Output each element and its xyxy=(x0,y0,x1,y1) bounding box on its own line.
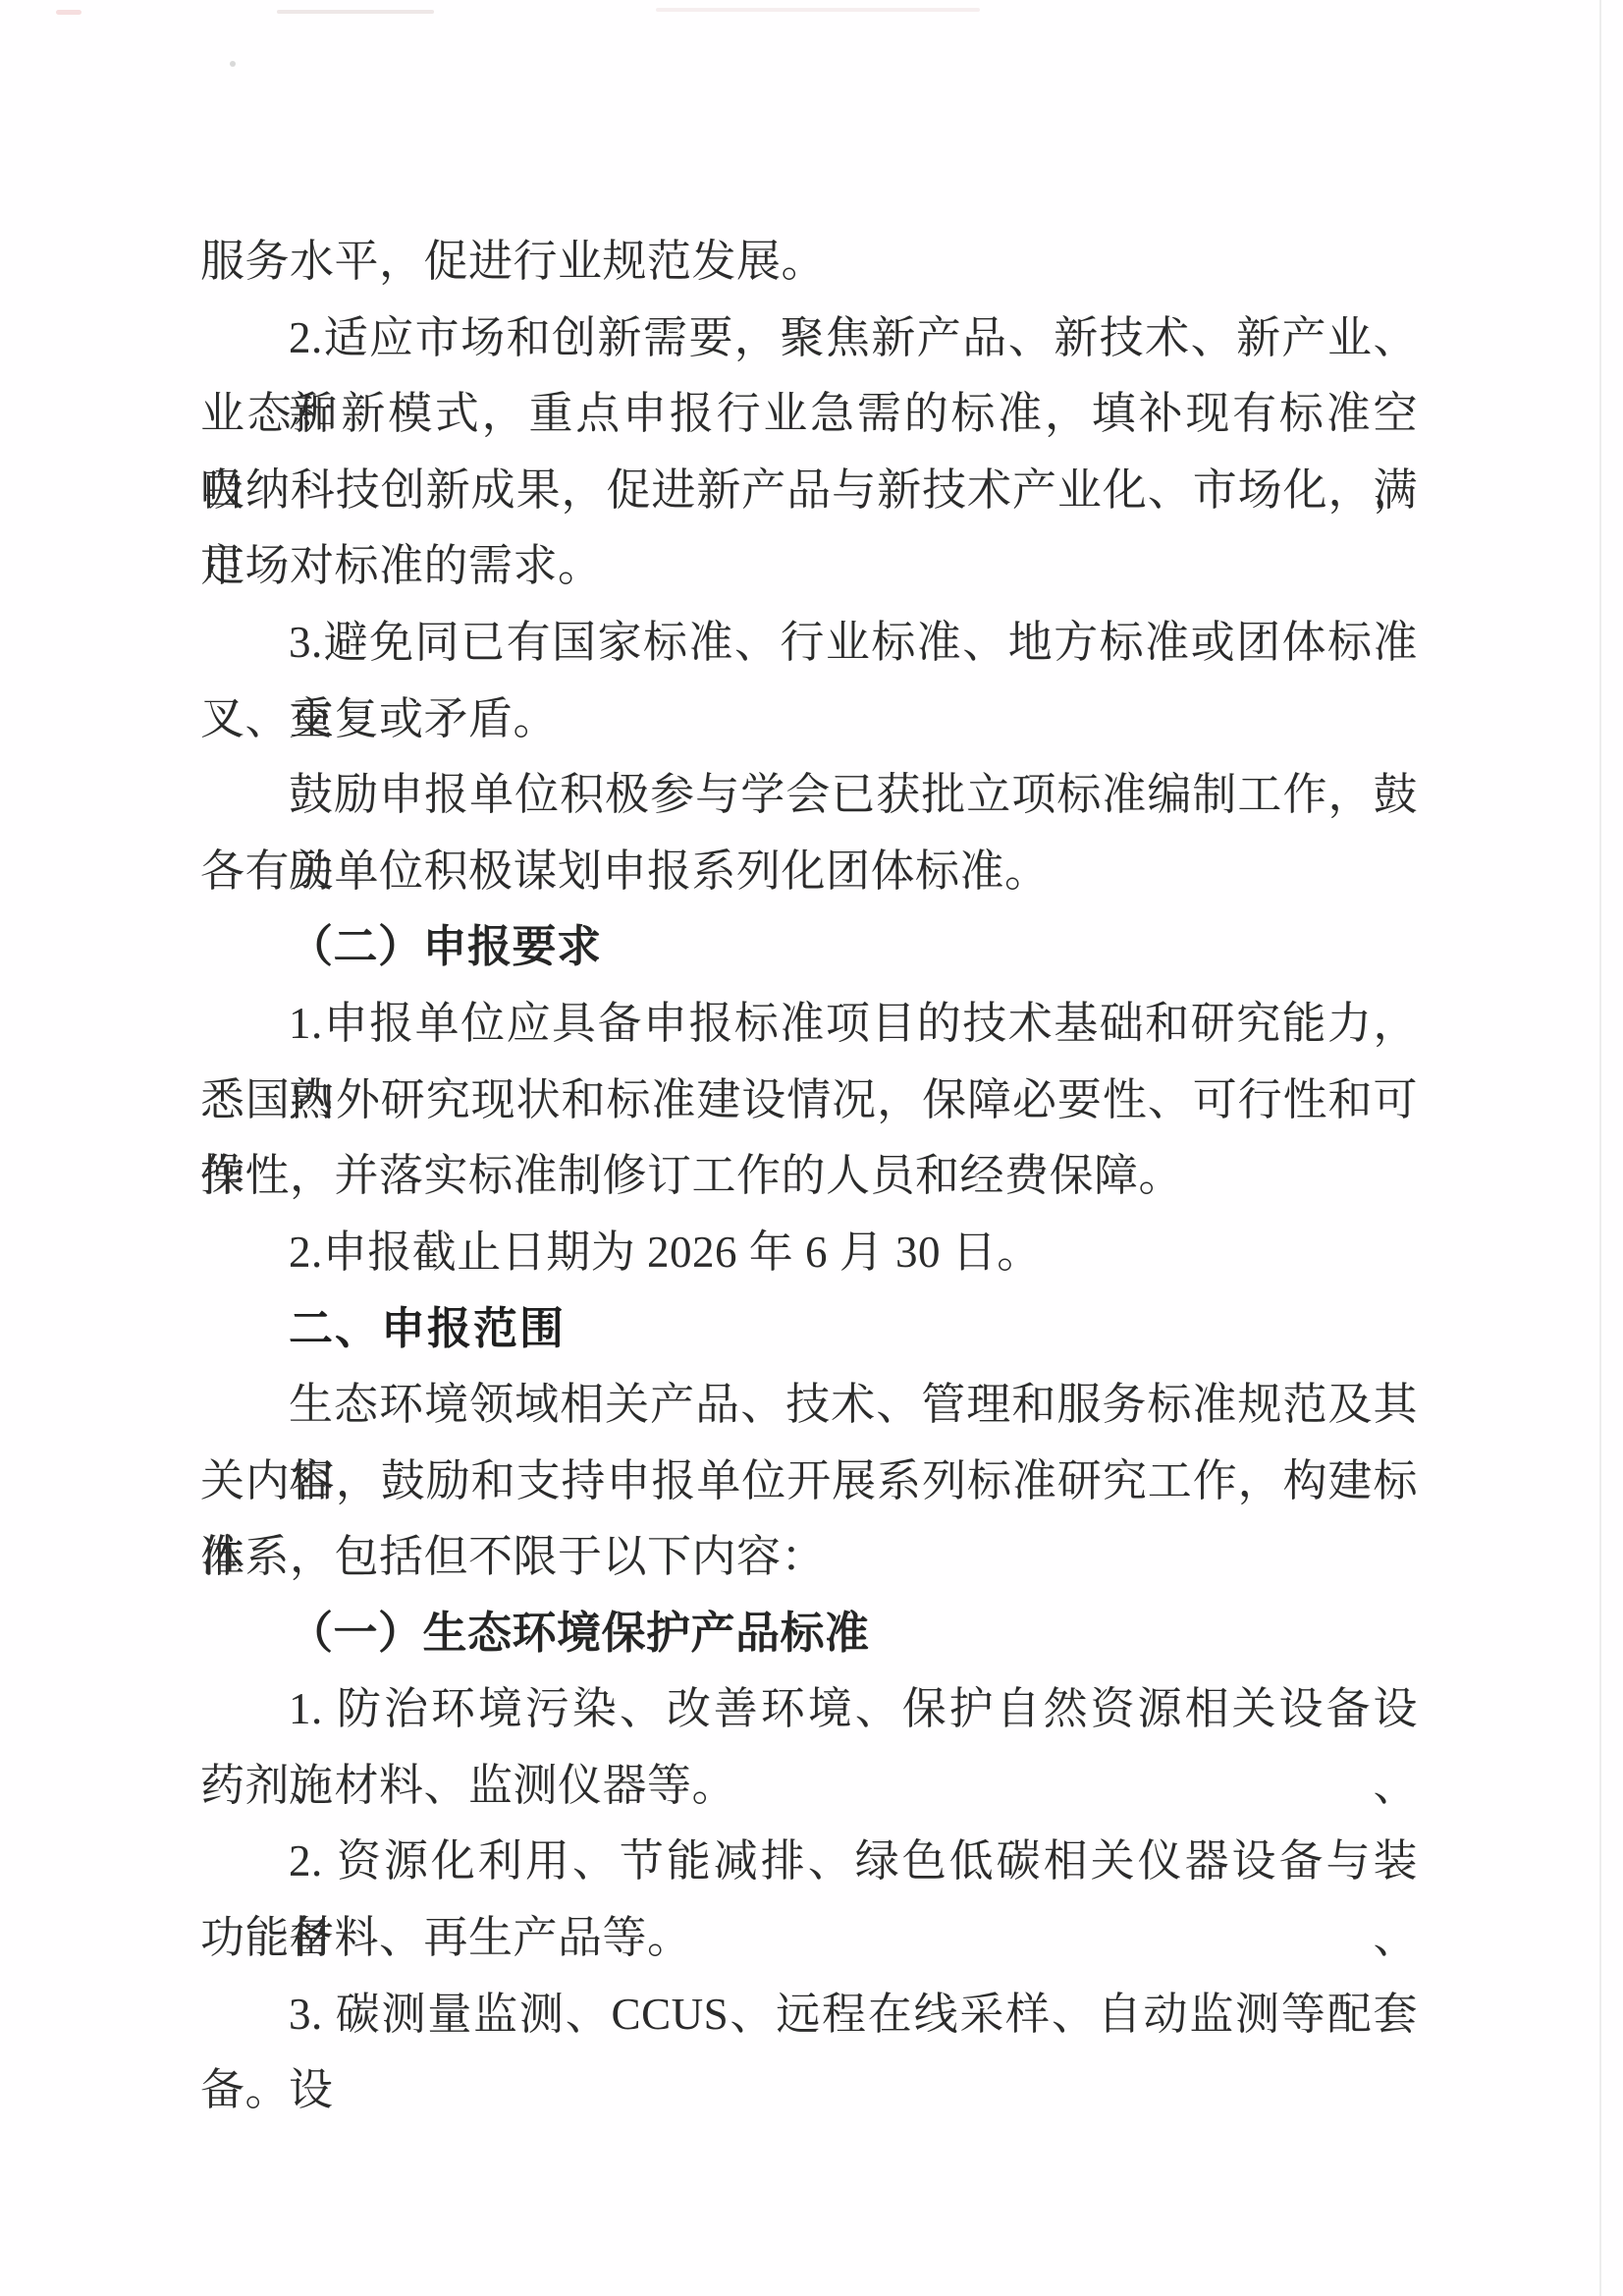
scan-edge-artifact xyxy=(1599,0,1601,2296)
text-line: 3.避免同已有国家标准、行业标准、地方标准或团体标准交 xyxy=(200,605,1418,682)
text-line: 关内容，鼓励和支持申报单位开展系列标准研究工作，构建标准 xyxy=(200,1444,1418,1520)
scan-smudge-artifact xyxy=(56,10,81,15)
text-line: 叉、重复或矛盾。 xyxy=(200,682,1418,758)
text-line: 悉国内外研究现状和标准建设情况，保障必要性、可行性和可操 xyxy=(200,1063,1418,1139)
text-line: 业态和新模式，重点申报行业急需的标准，填补现有标准空白， xyxy=(200,376,1418,453)
section-heading: （一）生态环境保护产品标准 xyxy=(200,1596,1418,1672)
text-line: 2.申报截止日期为 2026 年 6 月 30 日。 xyxy=(200,1215,1418,1291)
text-line: 服务水平，促进行业规范发展。 xyxy=(200,224,1418,301)
text-line: 体系，包括但不限于以下内容： xyxy=(200,1519,1418,1596)
section-heading: 二、申报范围 xyxy=(200,1290,1418,1367)
text-line: 2. 资源化利用、节能减排、绿色低碳相关仪器设备与装备、 xyxy=(200,1824,1418,1900)
text-line: 3. 碳测量监测、CCUS、远程在线采样、自动监测等配套设 xyxy=(200,1977,1418,2053)
text-line: 各有关单位积极谋划申报系列化团体标准。 xyxy=(200,834,1418,910)
scan-smudge-artifact xyxy=(656,8,980,12)
text-line: 作性，并落实标准制修订工作的人员和经费保障。 xyxy=(200,1138,1418,1215)
text-line: 1.申报单位应具备申报标准项目的技术基础和研究能力，熟 xyxy=(200,986,1418,1063)
text-line: 生态环境领域相关产品、技术、管理和服务标准规范及其相 xyxy=(200,1367,1418,1444)
text-line: 吸纳科技创新成果，促进新产品与新技术产业化、市场化，满足 xyxy=(200,453,1418,529)
scan-dot-artifact xyxy=(230,61,236,67)
text-line: 1. 防治环境污染、改善环境、保护自然资源相关设备设施、 xyxy=(200,1671,1418,1748)
text-line: 2.适应市场和创新需要，聚焦新产品、新技术、新产业、新 xyxy=(200,301,1418,377)
section-heading: （二）申报要求 xyxy=(200,909,1418,986)
text-line: 鼓励申报单位积极参与学会已获批立项标准编制工作，鼓励 xyxy=(200,757,1418,834)
document-text-block: 服务水平，促进行业规范发展。2.适应市场和创新需要，聚焦新产品、新技术、新产业、… xyxy=(200,224,1418,2129)
text-line: 备。 xyxy=(200,2052,1418,2129)
scan-smudge-artifact xyxy=(277,10,434,14)
text-line: 市场对标准的需求。 xyxy=(200,528,1418,605)
document-page: 服务水平，促进行业规范发展。2.适应市场和创新需要，聚焦新产品、新技术、新产业、… xyxy=(0,0,1623,2296)
